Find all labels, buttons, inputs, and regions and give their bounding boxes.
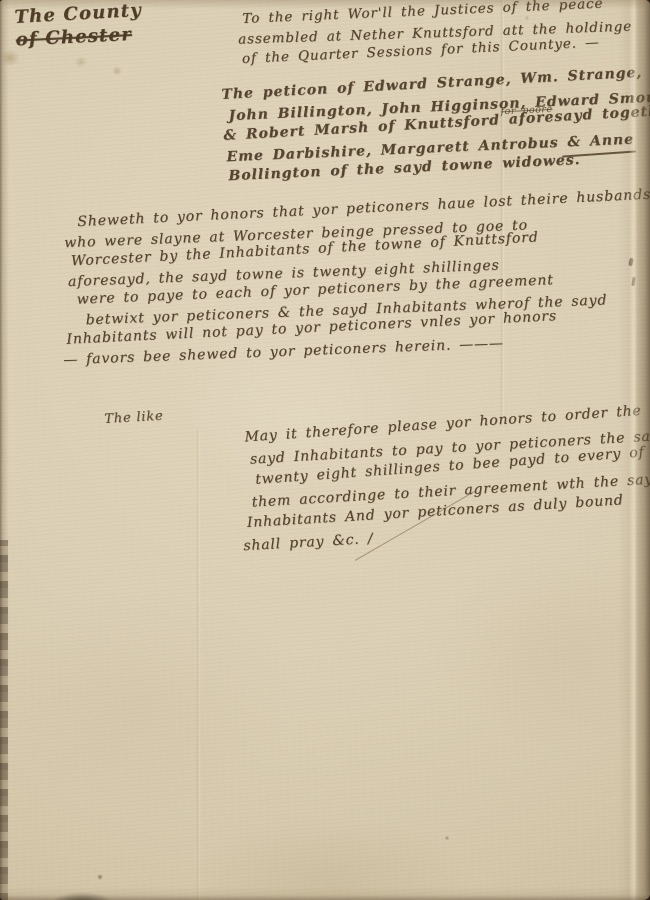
margin-note: The like: [104, 409, 164, 427]
county-heading: The County of Chester: [14, 0, 144, 51]
bottom-left-corner-shadow: [40, 888, 125, 900]
paper-bottom-edge: [0, 887, 650, 900]
county-heading-line: of Chester: [15, 23, 143, 51]
petition-body-block: Sheweth to yor honors that yor peticoner…: [57, 188, 650, 370]
interline-insertion: for poore: [500, 100, 553, 123]
petition-title-block: The peticon of Edward Strange, Wm. Stran…: [221, 61, 650, 188]
address-block: To the right Wor'll the Justices of the …: [242, 0, 633, 69]
vertical-crease: [196, 430, 201, 900]
manuscript-line: The like: [104, 409, 164, 427]
manuscript-page: The County of Chester To the right Wor'l…: [0, 0, 650, 900]
prayer-block: May it therefore please yor honors to or…: [236, 401, 650, 557]
photograph-background: The County of Chester To the right Wor'l…: [0, 0, 650, 900]
paper-left-edge: [0, 0, 10, 900]
paper-left-deckle-edge: [0, 540, 8, 900]
